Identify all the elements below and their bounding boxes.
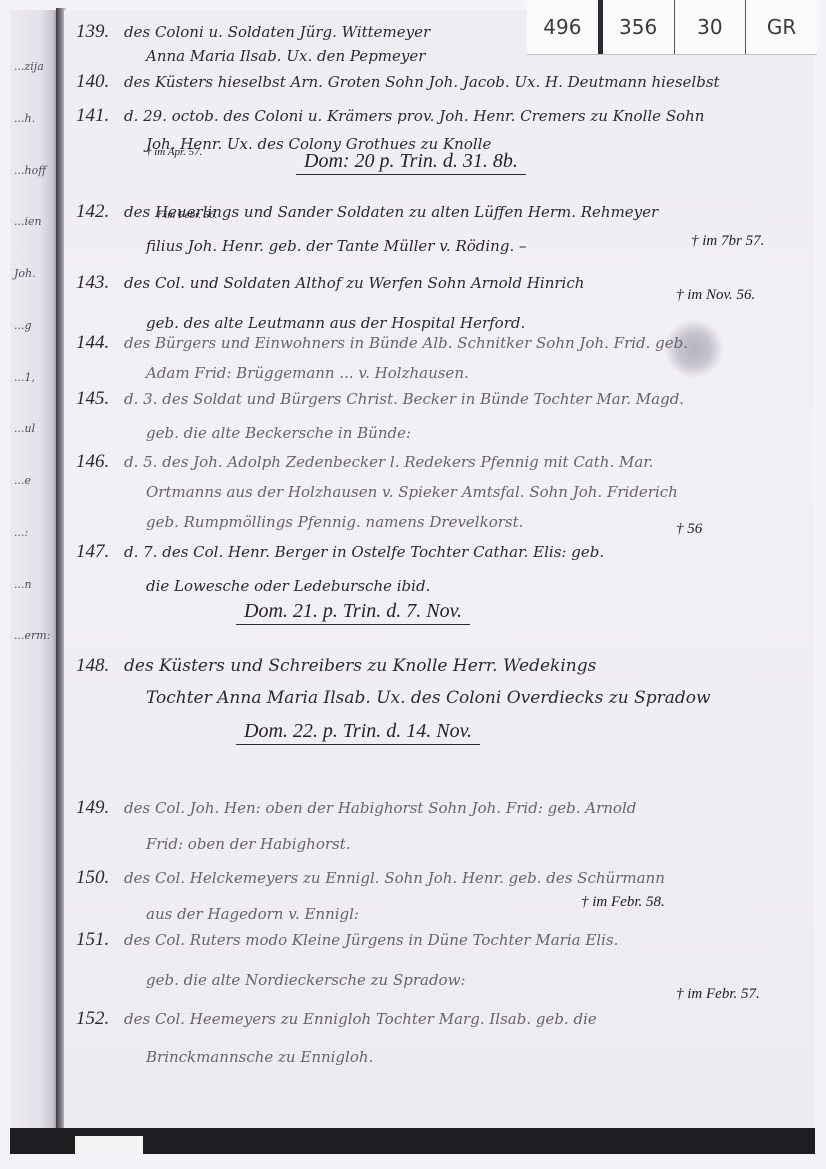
entry-line: des Col. Ruters modo Kleine Jürgens in D… [124, 920, 811, 960]
register-entry: 142.des Heuerlings und Sander Soldaten z… [76, 195, 811, 263]
sunday-heading-text: Dom: 20 p. Trin. d. 31. 8b. [296, 150, 526, 175]
entry-line: geb. die alte Beckersche in Bünde: [124, 416, 811, 450]
death-annotation: † im Febr. 57. [676, 986, 760, 1003]
left-page-fragment: ...erm: [14, 629, 58, 643]
register-entry: 139.des Coloni u. Soldaten Jürg. Witteme… [76, 20, 811, 68]
entry-line: Anna Maria Ilsab. Ux. den Pepmeyer [124, 44, 811, 68]
entry-line: d. 29. octob. des Coloni u. Krämers prov… [124, 102, 811, 130]
left-page-fragment: ...g [14, 319, 58, 333]
sunday-heading: Dom. 21. p. Trin. d. 7. Nov. [76, 600, 811, 623]
left-page-fragment: ...ul [14, 422, 58, 436]
entry-number: 147. [76, 535, 124, 603]
entry-line: des Heuerlings und Sander Soldaten zu al… [124, 195, 811, 229]
entry-line: des Küsters hieselbst Arn. Groten Sohn J… [124, 68, 811, 96]
sunday-heading-text: Dom. 21. p. Trin. d. 7. Nov. [236, 600, 470, 625]
entry-line: geb. Rumpmöllings Pfennig. namens Drevel… [124, 507, 811, 537]
entry-number: 152. [76, 1000, 124, 1076]
register-entry: 144.des Bürgers und Einwohners in Bünde … [76, 328, 811, 388]
entry-line: des Col. Joh. Hen: oben der Habighorst S… [124, 790, 811, 826]
sunday-heading-text: Dom. 22. p. Trin. d. 14. Nov. [236, 720, 480, 745]
entry-line: Ortmanns aus der Holzhausen v. Spieker A… [124, 477, 811, 507]
bottom-label-strip [75, 1136, 143, 1154]
scanned-page: ...zija...h....hoff...ienJoh....g...1,..… [0, 0, 826, 1169]
entry-line: Frid: oben der Habighorst. [124, 826, 811, 862]
entry-number: 140. [76, 68, 124, 96]
register-entry: 145.d. 3. des Soldat und Bürgers Christ.… [76, 382, 811, 450]
register-entry: 149.des Col. Joh. Hen: oben der Habighor… [76, 790, 811, 862]
left-page-fragment: ...: [14, 526, 58, 540]
entry-line: des Col. Helckemeyers zu Ennigl. Sohn Jo… [124, 860, 811, 896]
entry-text: d. 5. des Joh. Adolph Zedenbecker l. Red… [124, 447, 811, 537]
left-page-fragment: ...hoff [14, 164, 58, 178]
entry-line: Brinckmannsche zu Ennigloh. [124, 1038, 811, 1076]
death-annotation: † im Nov. 56. [676, 287, 755, 304]
entry-number: 149. [76, 790, 124, 862]
entry-number: 142. [76, 195, 124, 263]
left-page-fragment: Joh. [14, 267, 58, 281]
register-entry: 147.d. 7. des Col. Henr. Berger in Ostel… [76, 535, 811, 603]
entry-line: d. 3. des Soldat und Bürgers Christ. Bec… [124, 382, 811, 416]
entry-number: 151. [76, 920, 124, 1000]
entry-text: des Küsters hieselbst Arn. Groten Sohn J… [124, 68, 811, 96]
entry-text: des Küsters und Schreibers zu Knolle Her… [124, 650, 811, 714]
left-page-fragment: ...h. [14, 112, 58, 126]
left-page-fragment: ...zija [14, 60, 58, 74]
entry-line: des Coloni u. Soldaten Jürg. Wittemeyer [124, 20, 811, 44]
left-page-fragment: ...e [14, 474, 58, 488]
death-annotation: † im Febr. 58. [581, 894, 665, 911]
entry-text: des Heuerlings und Sander Soldaten zu al… [124, 195, 811, 263]
register-entry: 148.des Küsters und Schreibers zu Knolle… [76, 650, 811, 714]
entry-text: des Col. Heemeyers zu Ennigloh Tochter M… [124, 1000, 811, 1076]
left-page-fragments: ...zija...h....hoff...ienJoh....g...1,..… [14, 60, 58, 681]
entry-line: des Bürgers und Einwohners in Bünde Alb.… [124, 328, 811, 358]
entry-number: 148. [76, 650, 124, 714]
entry-number: 139. [76, 20, 124, 68]
register-entry: 152.des Col. Heemeyers zu Ennigloh Tocht… [76, 1000, 811, 1076]
sunday-heading: Dom. 22. p. Trin. d. 14. Nov. [76, 720, 811, 743]
entry-line: d. 7. des Col. Henr. Berger in Ostelfe T… [124, 535, 811, 569]
register-entry: 140.des Küsters hieselbst Arn. Groten So… [76, 68, 811, 96]
entry-text: d. 3. des Soldat und Bürgers Christ. Bec… [124, 382, 811, 450]
entry-line: die Lowesche oder Ledebursche ibid. [124, 569, 811, 603]
sunday-heading: Dom: 20 p. Trin. d. 31. 8b. [76, 150, 811, 173]
entry-text: des Col. Joh. Hen: oben der Habighorst S… [124, 790, 811, 862]
entry-text: d. 7. des Col. Henr. Berger in Ostelfe T… [124, 535, 811, 603]
death-annotation: † im Febr. 56. [156, 209, 217, 221]
entry-line: Tochter Anna Maria Ilsab. Ux. des Coloni… [124, 682, 811, 714]
entry-text: des Bürgers und Einwohners in Bünde Alb.… [124, 328, 811, 388]
entry-number: 144. [76, 328, 124, 388]
entry-text: des Coloni u. Soldaten Jürg. WittemeyerA… [124, 20, 811, 68]
entry-line: d. 5. des Joh. Adolph Zedenbecker l. Red… [124, 447, 811, 477]
left-page-fragment: ...n [14, 578, 58, 592]
left-page-fragment: ...1, [14, 371, 58, 385]
entry-line: des Küsters und Schreibers zu Knolle Her… [124, 650, 811, 682]
left-page-fragment: ...ien [14, 215, 58, 229]
entry-number: 146. [76, 447, 124, 537]
death-annotation: † 56 [676, 521, 702, 538]
death-annotation: † im 7br 57. [691, 233, 764, 250]
entry-number: 145. [76, 382, 124, 450]
entry-line: des Col. Heemeyers zu Ennigloh Tochter M… [124, 1000, 811, 1038]
